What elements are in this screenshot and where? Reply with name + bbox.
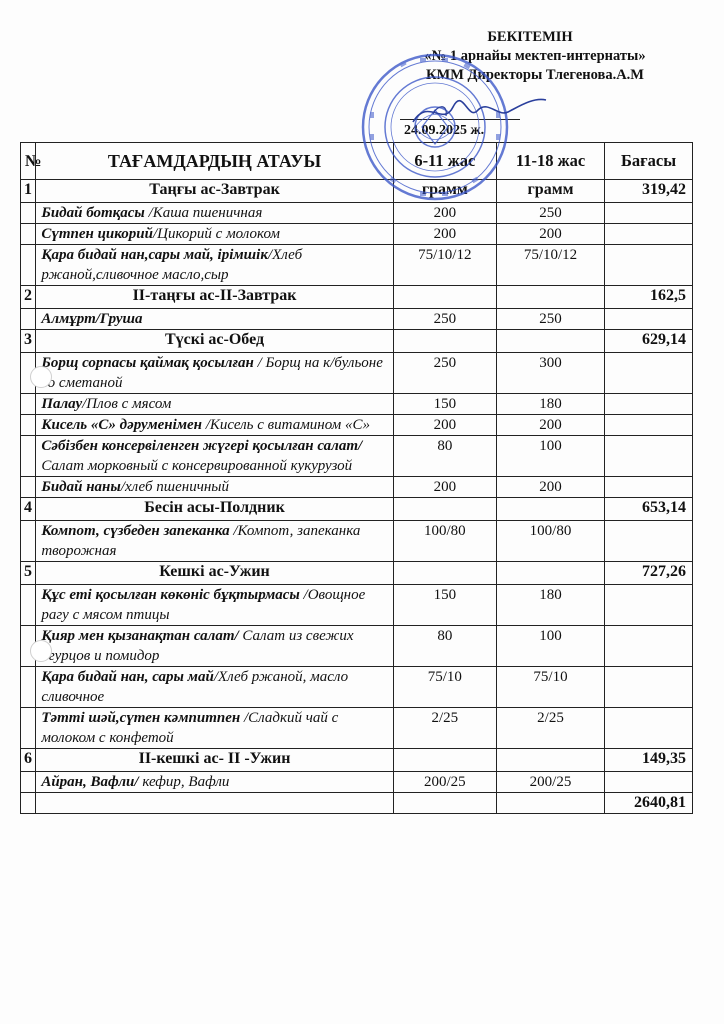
dish-name-kazakh: Сәбізбен консервіленген жүгері қосылған … — [41, 438, 362, 454]
empty-price-cell — [605, 309, 693, 330]
table-row: Қияр мен қызанақтан салат/ Салат из свеж… — [21, 626, 693, 667]
dish-name: Сәбізбен консервіленген жүгері қосылған … — [36, 436, 393, 477]
dish-name-kazakh: Қара бидай нан,сары май, ірімшік — [41, 247, 268, 263]
punch-hole — [30, 640, 52, 662]
section-title: Кешкі ас-Ужин — [36, 562, 393, 585]
portion-6-11: 150 — [393, 585, 496, 626]
portion-11-18: 300 — [496, 353, 604, 394]
header-age-6-11: 6-11 жас — [393, 143, 496, 180]
section-price: 727,26 — [605, 562, 693, 585]
portion-11-18: 2/25 — [496, 708, 604, 749]
portion-6-11: 200 — [393, 477, 496, 498]
table-row: Бидай наны/хлеб пшеничный200200 — [21, 477, 693, 498]
header-age-11-18: 11-18 жас — [496, 143, 604, 180]
dish-name-kazakh: Қара бидай нан, сары май — [41, 669, 214, 685]
dish-name-kazakh: Айран, Вафли/ — [41, 774, 138, 790]
dish-name-russian: /Каша пшеничная — [145, 205, 262, 221]
section-unit-6-11 — [393, 498, 496, 521]
meal-section-row: 3Түскі ас-Обед629,14 — [21, 330, 693, 353]
portion-11-18: 250 — [496, 203, 604, 224]
section-title: Бесін асы-Полдник — [36, 498, 393, 521]
portion-6-11: 80 — [393, 626, 496, 667]
portion-6-11: 2/25 — [393, 708, 496, 749]
dish-name: Алмұрт/Груша — [36, 309, 393, 330]
empty-cell — [36, 793, 393, 814]
empty-cell — [21, 793, 36, 814]
dish-name-kazakh: Бидай наны — [41, 479, 120, 495]
approval-director: КММ Директоры Тлегенова.А.М — [390, 66, 680, 85]
empty-price-cell — [605, 203, 693, 224]
portion-6-11: 200 — [393, 415, 496, 436]
empty-price-cell — [605, 394, 693, 415]
dish-name: Сүтпен цикорий/Цикорий с молоком — [36, 224, 393, 245]
portion-6-11: 75/10 — [393, 667, 496, 708]
empty-number-cell — [21, 585, 36, 626]
dish-name: Қара бидай нан, сары май/Хлеб ржаной, ма… — [36, 667, 393, 708]
portion-11-18: 200 — [496, 224, 604, 245]
approval-block: БЕКІТЕМІН «№ 1 арнайы мектеп-интернаты» … — [380, 28, 680, 85]
section-unit-11-18: грамм — [496, 180, 604, 203]
portion-11-18: 75/10/12 — [496, 245, 604, 286]
empty-price-cell — [605, 436, 693, 477]
dish-name-kazakh: Қияр мен қызанақтан салат/ — [41, 628, 238, 644]
empty-price-cell — [605, 708, 693, 749]
section-number: 6 — [21, 749, 36, 772]
dish-name-russian: Салат морковный с консервированной кукур… — [41, 458, 352, 474]
portion-11-18: 100 — [496, 626, 604, 667]
dish-name-kazakh: Алмұрт/Груша — [41, 311, 142, 327]
section-unit-11-18 — [496, 749, 604, 772]
section-number: 2 — [21, 286, 36, 309]
portion-6-11: 150 — [393, 394, 496, 415]
dish-name-kazakh: Құс еті қосылған көкөніс бұқтырмасы — [41, 587, 299, 603]
dish-name-kazakh: Кисель «С» дәруменімен — [41, 417, 202, 433]
dish-name-russian: /Цикорий с молоком — [153, 226, 280, 242]
dish-name: Палау/Плов с мясом — [36, 394, 393, 415]
dish-name: Құс еті қосылған көкөніс бұқтырмасы /Ово… — [36, 585, 393, 626]
portion-6-11: 250 — [393, 309, 496, 330]
empty-price-cell — [605, 667, 693, 708]
section-unit-11-18 — [496, 498, 604, 521]
table-row: Кисель «С» дәруменімен /Кисель с витамин… — [21, 415, 693, 436]
menu-table-body: 1Таңғы ас-Завтракграммграмм319,42Бидай б… — [21, 180, 693, 814]
section-price: 319,42 — [605, 180, 693, 203]
dish-name: Кисель «С» дәруменімен /Кисель с витамин… — [36, 415, 393, 436]
total-row: 2640,81 — [21, 793, 693, 814]
empty-price-cell — [605, 521, 693, 562]
table-row: Сәбізбен консервіленген жүгері қосылған … — [21, 436, 693, 477]
table-row: Алмұрт/Груша250250 — [21, 309, 693, 330]
section-unit-6-11 — [393, 749, 496, 772]
table-row: Палау/Плов с мясом150180 — [21, 394, 693, 415]
portion-6-11: 200 — [393, 203, 496, 224]
portion-11-18: 200 — [496, 477, 604, 498]
approval-organization: «№ 1 арнайы мектеп-интернаты» — [390, 47, 680, 66]
empty-number-cell — [21, 415, 36, 436]
section-price: 149,35 — [605, 749, 693, 772]
table-row: Қара бидай нан, сары май/Хлеб ржаной, ма… — [21, 667, 693, 708]
dish-name-kazakh: Бидай ботқасы — [41, 205, 145, 221]
portion-11-18: 200/25 — [496, 772, 604, 793]
portion-11-18: 100 — [496, 436, 604, 477]
section-number: 1 — [21, 180, 36, 203]
meal-section-row: 6II-кешкі ас- II -Ужин149,35 — [21, 749, 693, 772]
dish-name: Айран, Вафли/ кефир, Вафли — [36, 772, 393, 793]
section-unit-11-18 — [496, 330, 604, 353]
portion-6-11: 200 — [393, 224, 496, 245]
section-number: 3 — [21, 330, 36, 353]
dish-name: Қияр мен қызанақтан салат/ Салат из свеж… — [36, 626, 393, 667]
meal-section-row: 2II-таңғы ас-II-Завтрак162,5 — [21, 286, 693, 309]
punch-hole — [30, 366, 52, 388]
header-number: № — [21, 143, 36, 180]
section-price: 653,14 — [605, 498, 693, 521]
empty-price-cell — [605, 585, 693, 626]
section-number: 4 — [21, 498, 36, 521]
portion-6-11: 250 — [393, 353, 496, 394]
section-unit-6-11 — [393, 330, 496, 353]
header-price: Бағасы — [605, 143, 693, 180]
section-unit-6-11: грамм — [393, 180, 496, 203]
empty-number-cell — [21, 224, 36, 245]
header-dish-name: ТАҒАМДАРДЫҢ АТАУЫ — [36, 143, 393, 180]
dish-name-kazakh: Борщ сорпасы қаймақ қосылған — [41, 355, 254, 371]
empty-number-cell — [21, 477, 36, 498]
empty-price-cell — [605, 224, 693, 245]
section-unit-6-11 — [393, 286, 496, 309]
portion-11-18: 180 — [496, 394, 604, 415]
empty-number-cell — [21, 436, 36, 477]
section-unit-11-18 — [496, 562, 604, 585]
dish-name: Бидай ботқасы /Каша пшеничная — [36, 203, 393, 224]
dish-name-russian: /Плов с мясом — [82, 396, 171, 412]
dish-name-russian: кефир, Вафли — [139, 774, 230, 790]
portion-11-18: 75/10 — [496, 667, 604, 708]
section-title: II-таңғы ас-II-Завтрак — [36, 286, 393, 309]
empty-number-cell — [21, 309, 36, 330]
table-row: Айран, Вафли/ кефир, Вафли200/25200/25 — [21, 772, 693, 793]
empty-cell — [496, 793, 604, 814]
dish-name: Борщ сорпасы қаймақ қосылған / Борщ на к… — [36, 353, 393, 394]
portion-11-18: 100/80 — [496, 521, 604, 562]
empty-price-cell — [605, 626, 693, 667]
section-number: 5 — [21, 562, 36, 585]
empty-number-cell — [21, 245, 36, 286]
meal-section-row: 4Бесін асы-Полдник653,14 — [21, 498, 693, 521]
approval-date: 24.09.2025 ж. — [404, 123, 484, 139]
dish-name-russian: /Кисель с витамином «С» — [202, 417, 370, 433]
empty-number-cell — [21, 708, 36, 749]
empty-number-cell — [21, 521, 36, 562]
portion-11-18: 200 — [496, 415, 604, 436]
portion-11-18: 250 — [496, 309, 604, 330]
dish-name: Бидай наны/хлеб пшеничный — [36, 477, 393, 498]
table-row: Бидай ботқасы /Каша пшеничная200250 — [21, 203, 693, 224]
table-row: Тәтті шәй,сүтен кәмпитпен /Сладкий чай с… — [21, 708, 693, 749]
meal-section-row: 5Кешкі ас-Ужин727,26 — [21, 562, 693, 585]
table-row: Құс еті қосылған көкөніс бұқтырмасы /Ово… — [21, 585, 693, 626]
dish-name: Қара бидай нан,сары май, ірімшік/Хлеб рж… — [36, 245, 393, 286]
empty-price-cell — [605, 415, 693, 436]
section-title: Түскі ас-Обед — [36, 330, 393, 353]
total-price: 2640,81 — [605, 793, 693, 814]
table-row: Компот, сүзбеден запеканка /Компот, запе… — [21, 521, 693, 562]
empty-number-cell — [21, 394, 36, 415]
menu-table: № ТАҒАМДАРДЫҢ АТАУЫ 6-11 жас 11-18 жас Б… — [20, 142, 693, 814]
empty-cell — [393, 793, 496, 814]
portion-6-11: 200/25 — [393, 772, 496, 793]
section-title: II-кешкі ас- II -Ужин — [36, 749, 393, 772]
table-row: Борщ сорпасы қаймақ қосылған / Борщ на к… — [21, 353, 693, 394]
dish-name-kazakh: Сүтпен цикорий — [41, 226, 153, 242]
portion-11-18: 180 — [496, 585, 604, 626]
section-unit-11-18 — [496, 286, 604, 309]
empty-price-cell — [605, 353, 693, 394]
section-price: 162,5 — [605, 286, 693, 309]
dish-name-kazakh: Палау — [41, 396, 82, 412]
section-title: Таңғы ас-Завтрак — [36, 180, 393, 203]
portion-6-11: 80 — [393, 436, 496, 477]
portion-6-11: 100/80 — [393, 521, 496, 562]
empty-number-cell — [21, 772, 36, 793]
meal-section-row: 1Таңғы ас-Завтракграммграмм319,42 — [21, 180, 693, 203]
section-unit-6-11 — [393, 562, 496, 585]
empty-number-cell — [21, 667, 36, 708]
dish-name-kazakh: Компот, сүзбеден запеканка — [41, 523, 229, 539]
approval-title: БЕКІТЕМІН — [380, 28, 680, 47]
empty-price-cell — [605, 772, 693, 793]
signature-line — [400, 119, 520, 120]
section-price: 629,14 — [605, 330, 693, 353]
table-row: Сүтпен цикорий/Цикорий с молоком200200 — [21, 224, 693, 245]
empty-price-cell — [605, 477, 693, 498]
empty-price-cell — [605, 245, 693, 286]
dish-name: Компот, сүзбеден запеканка /Компот, запе… — [36, 521, 393, 562]
empty-number-cell — [21, 203, 36, 224]
dish-name-kazakh: Тәтті шәй,сүтен кәмпитпен — [41, 710, 240, 726]
table-header-row: № ТАҒАМДАРДЫҢ АТАУЫ 6-11 жас 11-18 жас Б… — [21, 143, 693, 180]
portion-6-11: 75/10/12 — [393, 245, 496, 286]
dish-name-russian: /хлеб пшеничный — [121, 479, 229, 495]
table-row: Қара бидай нан,сары май, ірімшік/Хлеб рж… — [21, 245, 693, 286]
dish-name: Тәтті шәй,сүтен кәмпитпен /Сладкий чай с… — [36, 708, 393, 749]
